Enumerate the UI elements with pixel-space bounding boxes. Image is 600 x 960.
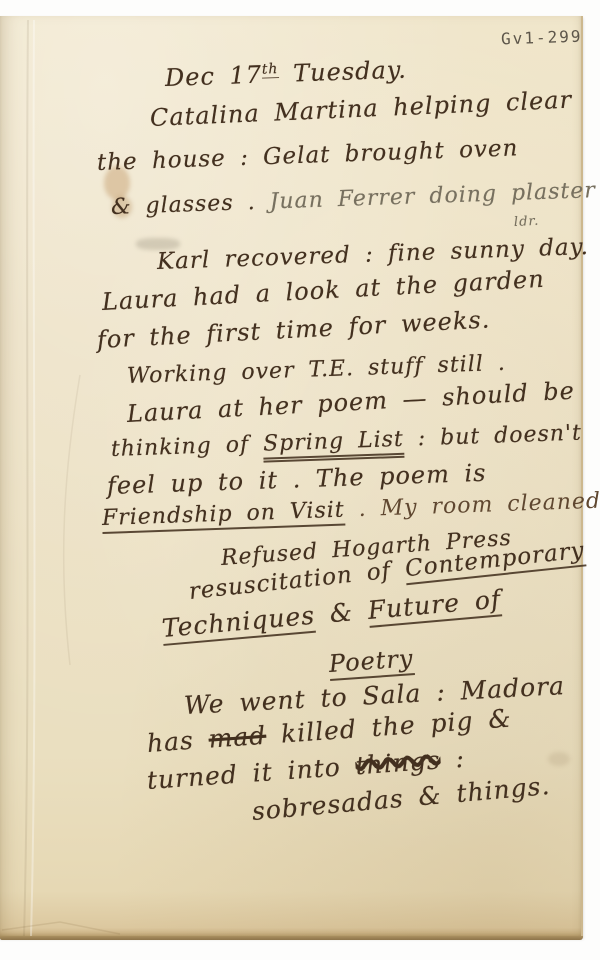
archive-reference-number: Gv1-299 bbox=[501, 27, 583, 49]
struck-out-word: mad bbox=[208, 721, 268, 754]
diary-line-text: : bbox=[439, 744, 465, 775]
weekday-text: Tuesday. bbox=[278, 56, 407, 88]
date-ordinal-suffix: th bbox=[262, 61, 279, 79]
diary-line-text: ldr. bbox=[514, 214, 540, 230]
diary-line-text: & bbox=[314, 596, 369, 630]
manuscript-scan: Gv1-299 Dec 17th Tuesday. Catalina Marti… bbox=[0, 0, 600, 960]
underlined-title-poetry: Poetry bbox=[328, 644, 414, 681]
paper-smudge bbox=[548, 752, 570, 766]
underlined-title-spring-list: Spring List bbox=[263, 427, 405, 463]
diary-line-text: has bbox=[146, 725, 210, 758]
pencil-small-note: ldr. bbox=[514, 214, 540, 230]
diary-line: Poetry bbox=[328, 644, 414, 678]
scribbled-out-word: things bbox=[355, 746, 442, 781]
diary-line-text: thinking of bbox=[111, 432, 264, 462]
date-text: Dec 17 bbox=[165, 61, 263, 92]
